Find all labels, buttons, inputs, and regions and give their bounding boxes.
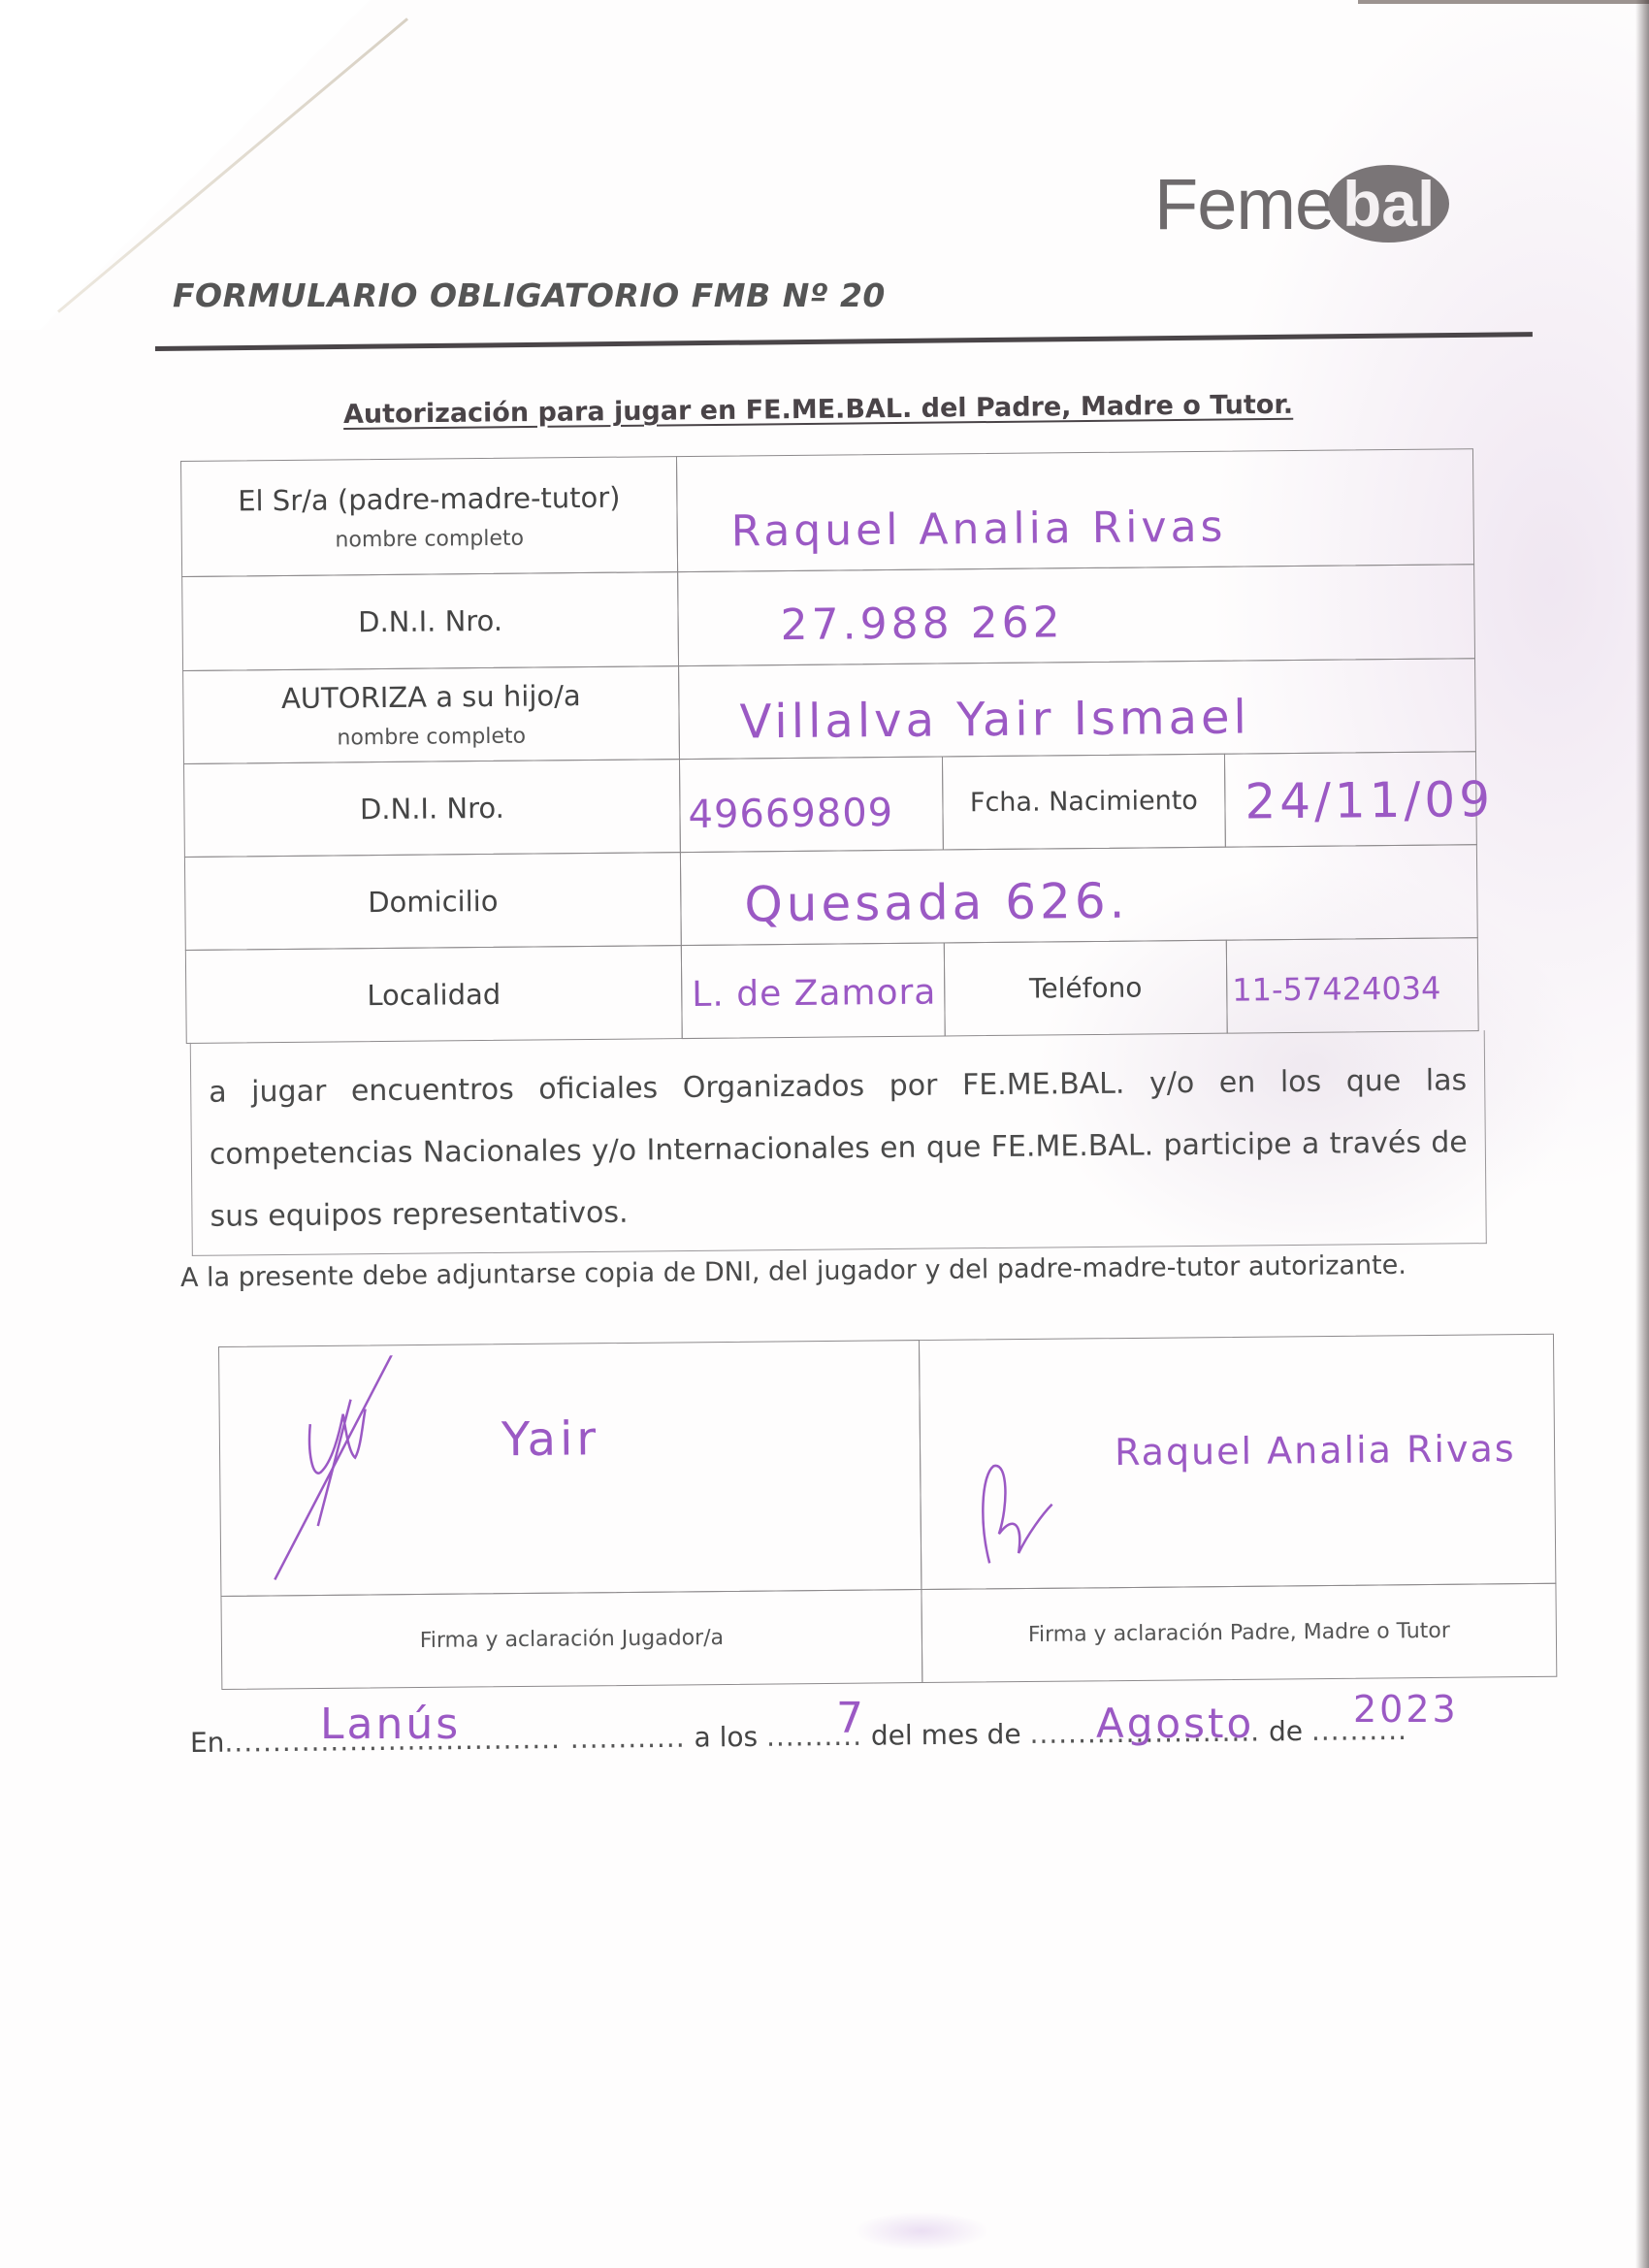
locality-value: L. de Zamora [692,973,936,1015]
phone-label: Teléfono [1029,972,1143,1005]
locality-label: Localidad [367,977,501,1011]
child-name-value: Villalva Yair Ismael [739,690,1250,749]
parent-signature-area[interactable]: Raquel Analia Rivas [919,1334,1556,1590]
child-dni-label-cell: D.N.I. Nro. [183,759,681,858]
form-title: FORMULARIO OBLIGATORIO FMB Nº 20 [173,276,886,314]
parent-signature-scribble-icon [969,1446,1077,1573]
parent-label: El Sr/a (padre-madre-tutor) [238,480,621,517]
date-del-mes-de: del mes de [871,1718,1021,1752]
parent-signature-name: Raquel Analia Rivas [1115,1427,1516,1474]
femebal-logo: Feme bal [1154,165,1449,243]
parent-name-label-cell: El Sr/a (padre-madre-tutor) nombre compl… [180,456,678,577]
logo-badge: bal [1328,165,1449,243]
phone-value: 11-57424034 [1232,970,1440,1009]
parent-sublabel: nombre completo [335,526,524,552]
child-dni-field[interactable]: 49669809 [679,756,944,853]
child-label: AUTORIZA a su hijo/a [281,679,581,715]
parent-dni-field[interactable]: 27.988 262 [677,564,1475,666]
child-dni-value: 49669809 [688,791,893,837]
child-name-field[interactable]: Villalva Yair Ismael [678,658,1476,760]
child-dni-label: D.N.I. Nro. [360,791,504,825]
scan-smudge [854,2212,989,2251]
scan-edge-shadow [1635,0,1649,2268]
player-signature-area[interactable]: Yair [218,1340,921,1597]
player-signature-scribble-icon [253,1354,546,1590]
authorization-text: a jugar encuentros oficiales Organizados… [190,1030,1487,1256]
birth-date-label-cell: Fcha. Nacimiento [942,754,1226,851]
address-label-cell: Domicilio [184,852,682,951]
date-a-los: a los [694,1721,758,1754]
parent-signature-caption: Firma y aclaración Padre, Madre o Tutor [1028,1619,1450,1647]
date-prefix: En [190,1727,225,1759]
birth-date-value: 24/11/09 [1245,771,1494,829]
parent-name-field[interactable]: Raquel Analia Rivas [676,448,1474,572]
address-field[interactable]: Quesada 626. [680,844,1478,946]
month-value: Agosto [1096,1700,1254,1747]
day-value: 7 [836,1694,866,1743]
date-de: de [1269,1715,1303,1747]
parent-dni-label-cell: D.N.I. Nro. [181,571,679,671]
logo-text: Feme [1154,163,1334,245]
parent-dni-label: D.N.I. Nro. [358,604,502,638]
locality-label-cell: Localidad [185,945,683,1044]
parent-name-value: Raquel Analia Rivas [730,502,1226,557]
child-sublabel: nombre completo [337,725,526,751]
player-caption-cell: Firma y aclaración Jugador/a [220,1589,922,1690]
place-value: Lanús [320,1700,461,1749]
address-value: Quesada 626. [744,873,1129,933]
player-signature-name: Yair [501,1411,600,1467]
phone-field[interactable]: 11-57424034 [1226,937,1479,1033]
birth-date-field[interactable]: 24/11/09 [1224,751,1477,847]
parent-caption-cell: Firma y aclaración Padre, Madre o Tutor [921,1583,1557,1683]
player-signature-caption: Firma y aclaración Jugador/a [420,1626,725,1653]
child-name-label-cell: AUTORIZA a su hijo/a nombre completo [182,665,680,764]
locality-field[interactable]: L. de Zamora [681,942,946,1039]
address-label: Domicilio [368,884,499,918]
parent-dni-value: 27.988 262 [780,598,1063,650]
scan-edge [1358,0,1649,4]
phone-label-cell: Teléfono [944,940,1228,1037]
year-value: 2023 [1353,1688,1459,1731]
birth-date-label: Fcha. Nacimiento [970,786,1198,818]
